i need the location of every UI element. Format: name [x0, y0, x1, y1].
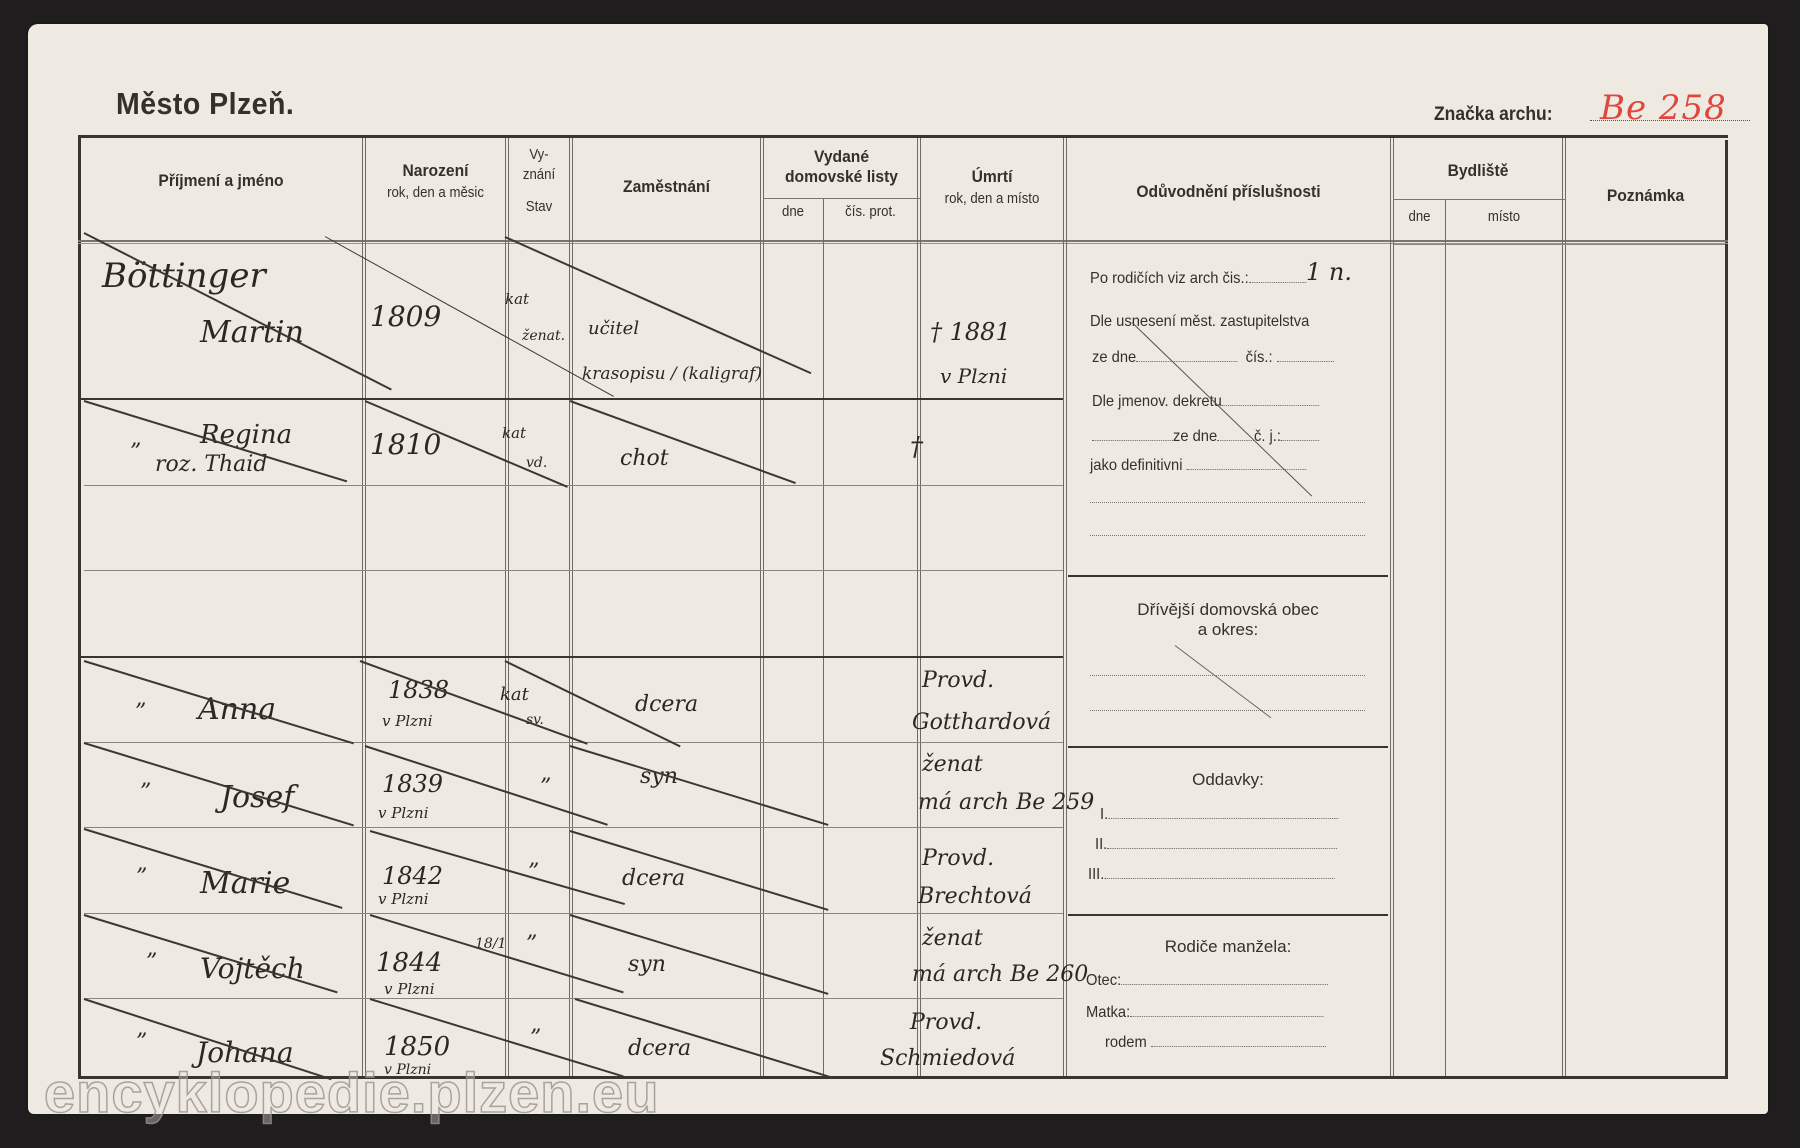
- col-divider: [1063, 138, 1064, 1076]
- row-divider: [84, 827, 1063, 828]
- decree-date-field: ze dneč. j.:: [1092, 428, 1320, 446]
- entry-6-death: ženat: [922, 926, 983, 951]
- marriage-row-2: II.: [1095, 836, 1337, 854]
- row-divider: [1394, 244, 1725, 245]
- entry-7-death: Provd.: [910, 1010, 982, 1035]
- entry-3-religion: kat: [500, 684, 529, 705]
- col-header-residence: Bydliště: [1401, 160, 1556, 181]
- parents-sheet-label: Po rodičích viz arch čis.:: [1090, 270, 1249, 287]
- decree-field: Dle jmenov. dekretu: [1092, 393, 1319, 411]
- col-header-birth: Narození: [372, 160, 500, 181]
- entry-5-birth-place: v Plzni: [378, 890, 429, 908]
- entry-4-birth-place: v Plzni: [378, 804, 429, 822]
- former-home-title-b: a okres:: [1068, 620, 1388, 640]
- col-header-occupation: Zaměstnání: [580, 176, 752, 197]
- entry-5-death-2: Brechtová: [918, 884, 1032, 909]
- entry-1-religion: kat: [505, 290, 529, 308]
- marriage-row-3-label: III.: [1088, 866, 1104, 883]
- entry-1-surname: Böttinger: [102, 256, 266, 296]
- col-header-status: Stav: [513, 198, 566, 217]
- col-header-issued-date: dne: [767, 203, 820, 222]
- entry-1-firstname: Martin: [200, 315, 304, 350]
- entry-7-occupation: dcera: [628, 1036, 691, 1061]
- entry-2-occupation: chot: [620, 446, 669, 471]
- blank-dotline: [1090, 535, 1365, 536]
- entry-3-death-2: Gotthardová: [912, 710, 1051, 735]
- col-divider: [1393, 138, 1394, 1076]
- father-field: Otec:: [1086, 972, 1328, 990]
- row-divider-thick: [80, 656, 1063, 658]
- decree-ref-label: č. j.:: [1254, 428, 1281, 445]
- entry-5-religion: ”: [528, 860, 539, 885]
- entry-1-death-place: v Plzni: [940, 364, 1007, 388]
- row-divider: [84, 485, 1063, 486]
- entry-6-occupation: syn: [628, 952, 666, 977]
- col-header-residence-date: dne: [1397, 208, 1442, 227]
- definitive-label: jako definitivni: [1090, 457, 1182, 474]
- col-divider: [1445, 200, 1446, 1076]
- row-divider: [84, 570, 1063, 571]
- entry-2-maiden: roz. Thaid: [155, 452, 267, 477]
- resolution-date-field: ze dne čís.:: [1092, 349, 1334, 367]
- blank-dotline: [1090, 502, 1365, 503]
- entry-6-firstname: Vojtěch: [200, 952, 305, 985]
- row-divider: [84, 913, 1063, 914]
- col-header-name: Příjmení a jméno: [91, 170, 350, 191]
- mother-field: Matka:: [1086, 1004, 1323, 1022]
- mother-label: Matka:: [1086, 1004, 1130, 1021]
- marriage-title: Oddavky:: [1068, 770, 1388, 790]
- entry-2-birth: 1810: [370, 428, 441, 461]
- subheader-divider: [763, 198, 920, 199]
- entry-3-firstname: Anna: [198, 692, 276, 727]
- entry-2-death: †: [910, 432, 923, 462]
- col-divider: [362, 138, 363, 1076]
- decree-date-label: ze dne: [1173, 428, 1217, 445]
- marriage-row-1: I.: [1100, 806, 1338, 824]
- entry-3-occupation: dcera: [635, 692, 698, 717]
- entry-2-firstname: Regina: [200, 420, 292, 450]
- blank-dotline: [1090, 675, 1365, 676]
- row-divider: [84, 998, 1063, 999]
- panel-divider: [1068, 746, 1388, 748]
- col-header-issued-a: Vydané: [769, 146, 913, 167]
- col-header-residence-place: místo: [1453, 208, 1555, 227]
- col-divider: [763, 138, 764, 1076]
- entry-6-birth-place: v Plzni: [384, 980, 435, 998]
- col-divider: [917, 138, 918, 1076]
- entry-6-death-2: má arch Be 260: [912, 962, 1088, 987]
- entry-4-death: ženat: [922, 752, 983, 777]
- col-header-religion-a: Vy-: [513, 146, 566, 165]
- col-header-issued-b: domovské listy: [769, 166, 913, 187]
- col-divider: [760, 138, 761, 1076]
- parents-sheet-value: 1 n.: [1306, 258, 1352, 286]
- panel-divider: [1068, 575, 1388, 577]
- entry-1-occupation-2: krasopisu / (kaligraf): [582, 364, 762, 384]
- sheet-mark-label: Značka archu:: [1434, 104, 1553, 126]
- entry-5-occupation: dcera: [622, 866, 685, 891]
- col-divider: [365, 138, 366, 1076]
- maiden-name-label: rodem: [1105, 1034, 1147, 1051]
- resolution-date-label: ze dne: [1092, 349, 1136, 366]
- entry-5-birth: 1842: [382, 862, 443, 890]
- entry-4-religion: ”: [540, 775, 551, 800]
- page-title: Město Plzeň.: [116, 86, 294, 122]
- subheader-divider: [1393, 199, 1565, 200]
- col-divider: [1562, 138, 1563, 1076]
- watermark: encyklopedie.plzen.eu: [44, 1060, 659, 1125]
- table-top-border: [78, 135, 1728, 138]
- father-label: Otec:: [1086, 972, 1121, 989]
- entry-6-ditto: ”: [146, 950, 157, 975]
- entry-4-ditto: ”: [140, 780, 151, 805]
- col-divider: [1066, 138, 1067, 1076]
- spouse-parents-title: Rodiče manžela:: [1068, 937, 1388, 957]
- entry-1-status: ženat.: [522, 328, 565, 344]
- col-divider: [1390, 138, 1391, 1076]
- col-header-religion-b: znání: [513, 166, 566, 185]
- col-divider: [823, 199, 824, 1076]
- entry-4-birth: 1839: [382, 770, 443, 798]
- parents-sheet-field: Po rodičích viz arch čis.:: [1090, 270, 1306, 288]
- entry-3-ditto: ”: [135, 700, 146, 725]
- sheet-mark-value: Be 258: [1600, 88, 1727, 128]
- entry-6-birth: 1844: [376, 948, 442, 978]
- col-header-issued-protocol: čís. prot.: [830, 203, 912, 222]
- entry-6-religion: ”: [526, 932, 537, 957]
- panel-divider: [1068, 914, 1388, 916]
- col-header-justification: Odůvodnění příslušnosti: [1080, 181, 1377, 202]
- decree-label: Dle jmenov. dekretu: [1092, 393, 1222, 410]
- entry-4-firstname: Josef: [220, 780, 294, 815]
- former-home-title-a: Dřívější domovská obec: [1068, 600, 1388, 620]
- entry-1-occupation: učitel: [588, 318, 639, 339]
- entry-1-birth: 1809: [370, 300, 441, 333]
- col-header-birth-sub: rok, den a měsic: [371, 184, 500, 203]
- blank-dotline: [1090, 710, 1365, 711]
- entry-5-firstname: Marie: [200, 866, 290, 901]
- entry-7-birth: 1850: [384, 1032, 450, 1062]
- entry-7-death-2: Schmiedová: [880, 1046, 1015, 1071]
- col-header-death: Úmrtí: [927, 166, 1058, 187]
- col-divider: [508, 138, 509, 1076]
- entry-3-death: Provd.: [922, 668, 994, 693]
- table-left-border: [78, 135, 81, 1079]
- row-divider: [84, 742, 1063, 743]
- table-right-border: [1725, 140, 1728, 1079]
- col-divider: [1565, 138, 1566, 1076]
- resolution-number-label: čís.:: [1246, 349, 1273, 366]
- marriage-row-1-label: I.: [1100, 806, 1108, 823]
- entry-7-ditto: ”: [136, 1030, 147, 1055]
- entry-3-birth-place: v Plzni: [382, 712, 433, 730]
- entry-1-death: † 1881: [930, 318, 1011, 346]
- col-divider: [572, 138, 573, 1076]
- entry-2-status: vd.: [526, 455, 547, 471]
- entry-5-ditto: ”: [136, 865, 147, 890]
- col-header-death-sub: rok, den a místo: [927, 190, 1057, 209]
- maiden-name-field: rodem: [1105, 1034, 1326, 1052]
- col-header-note: Poznámka: [1572, 185, 1718, 206]
- marriage-row-3: III.: [1088, 866, 1334, 884]
- col-divider: [569, 138, 570, 1076]
- resolution-label: Dle usnesení měst. zastupitelstva: [1090, 313, 1309, 331]
- header-bottom-border: [78, 240, 1728, 242]
- entry-2-religion: kat: [502, 424, 526, 442]
- col-divider: [920, 138, 921, 1076]
- entry-5-death: Provd.: [922, 846, 994, 871]
- entry-2-ditto: ”: [130, 440, 141, 465]
- entry-4-death-2: má arch Be 259: [918, 790, 1094, 815]
- marriage-row-2-label: II.: [1095, 836, 1107, 853]
